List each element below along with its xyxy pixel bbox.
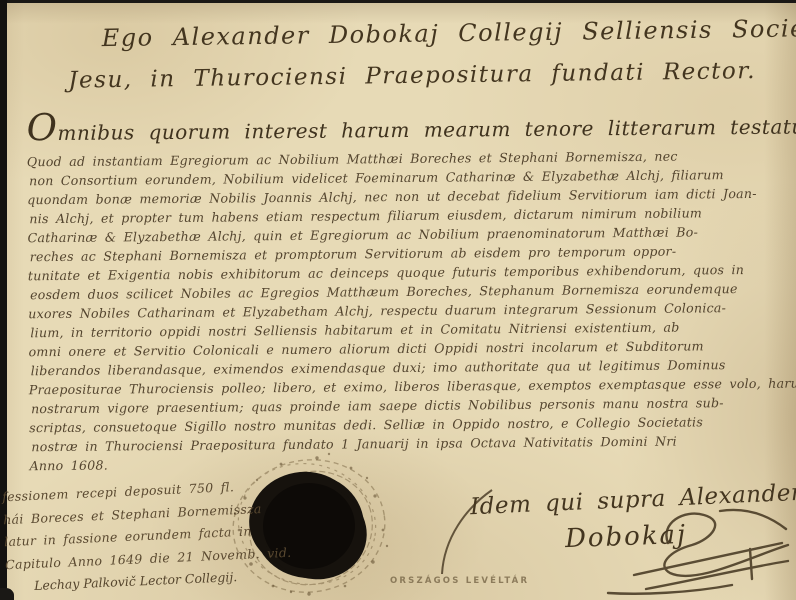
signature-paraph (600, 505, 796, 600)
document-scan: Ego Alexander Dobokaj Collegij Selliensi… (0, 0, 796, 600)
opening-line: Omnibus quorum interest harum mearum ten… (26, 103, 771, 152)
document-body: Omnibus quorum interest harum mearum ten… (26, 103, 774, 475)
document-heading: Ego Alexander Dobokaj Collegij Selliensi… (29, 7, 770, 101)
scan-border-top (0, 0, 796, 3)
marginal-note: fessionem recepi deposuit 750 fl. hái Bo… (2, 474, 293, 594)
